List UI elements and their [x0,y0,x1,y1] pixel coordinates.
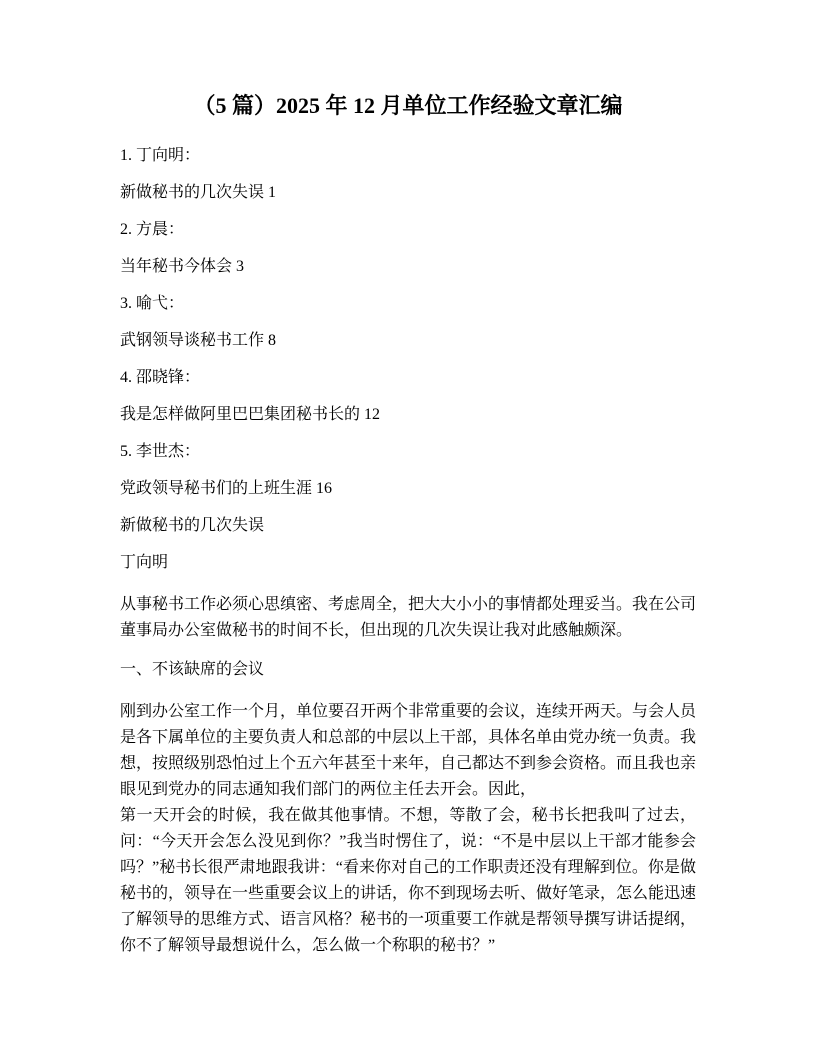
section-paragraph-part2: 第一天开会的时候，我在做其他事情。不想，等散了会，秘书长把我叫了过去，问：“今天… [120,807,696,954]
toc-item-3-title: 武钢领导谈秘书工作 8 [120,327,696,354]
toc-item-4-author: 4. 邵晓锋： [120,364,696,391]
toc-item-1-title: 新做秘书的几次失误 1 [120,179,696,206]
article-author: 丁向明 [120,549,696,576]
section-paragraph-part1: 刚到办公室工作一个月，单位要召开两个非常重要的会议，连续开两天。与会人员是各下属… [120,703,696,798]
toc-item-2-author: 2. 方晨： [120,216,696,243]
article-intro-paragraph: 从事秘书工作必须心思缜密、考虑周全，把大大小小的事情都处理妥当。我在公司董事局办… [120,592,696,644]
toc-item-4-title: 我是怎样做阿里巴巴集团秘书长的 12 [120,401,696,428]
toc-item-3-author: 3. 喻弋： [120,290,696,317]
toc-item-5-author: 5. 李世杰： [120,438,696,465]
article-title: 新做秘书的几次失误 [120,512,696,539]
section-paragraph: 刚到办公室工作一个月，单位要召开两个非常重要的会议，连续开两天。与会人员是各下属… [120,699,696,959]
table-of-contents: 1. 丁向明： 新做秘书的几次失误 1 2. 方晨： 当年秘书今体会 3 3. … [120,142,696,502]
section-heading: 一、不该缺席的会议 [120,656,696,683]
document-title: （5 篇）2025 年 12 月单位工作经验文章汇编 [120,86,696,126]
toc-item-2-title: 当年秘书今体会 3 [120,253,696,280]
toc-item-1-author: 1. 丁向明： [120,142,696,169]
toc-item-5-title: 党政领导秘书们的上班生涯 16 [120,475,696,502]
article: 新做秘书的几次失误 丁向明 从事秘书工作必须心思缜密、考虑周全，把大大小小的事情… [120,512,696,959]
document-page: （5 篇）2025 年 12 月单位工作经验文章汇编 1. 丁向明： 新做秘书的… [0,0,816,1056]
